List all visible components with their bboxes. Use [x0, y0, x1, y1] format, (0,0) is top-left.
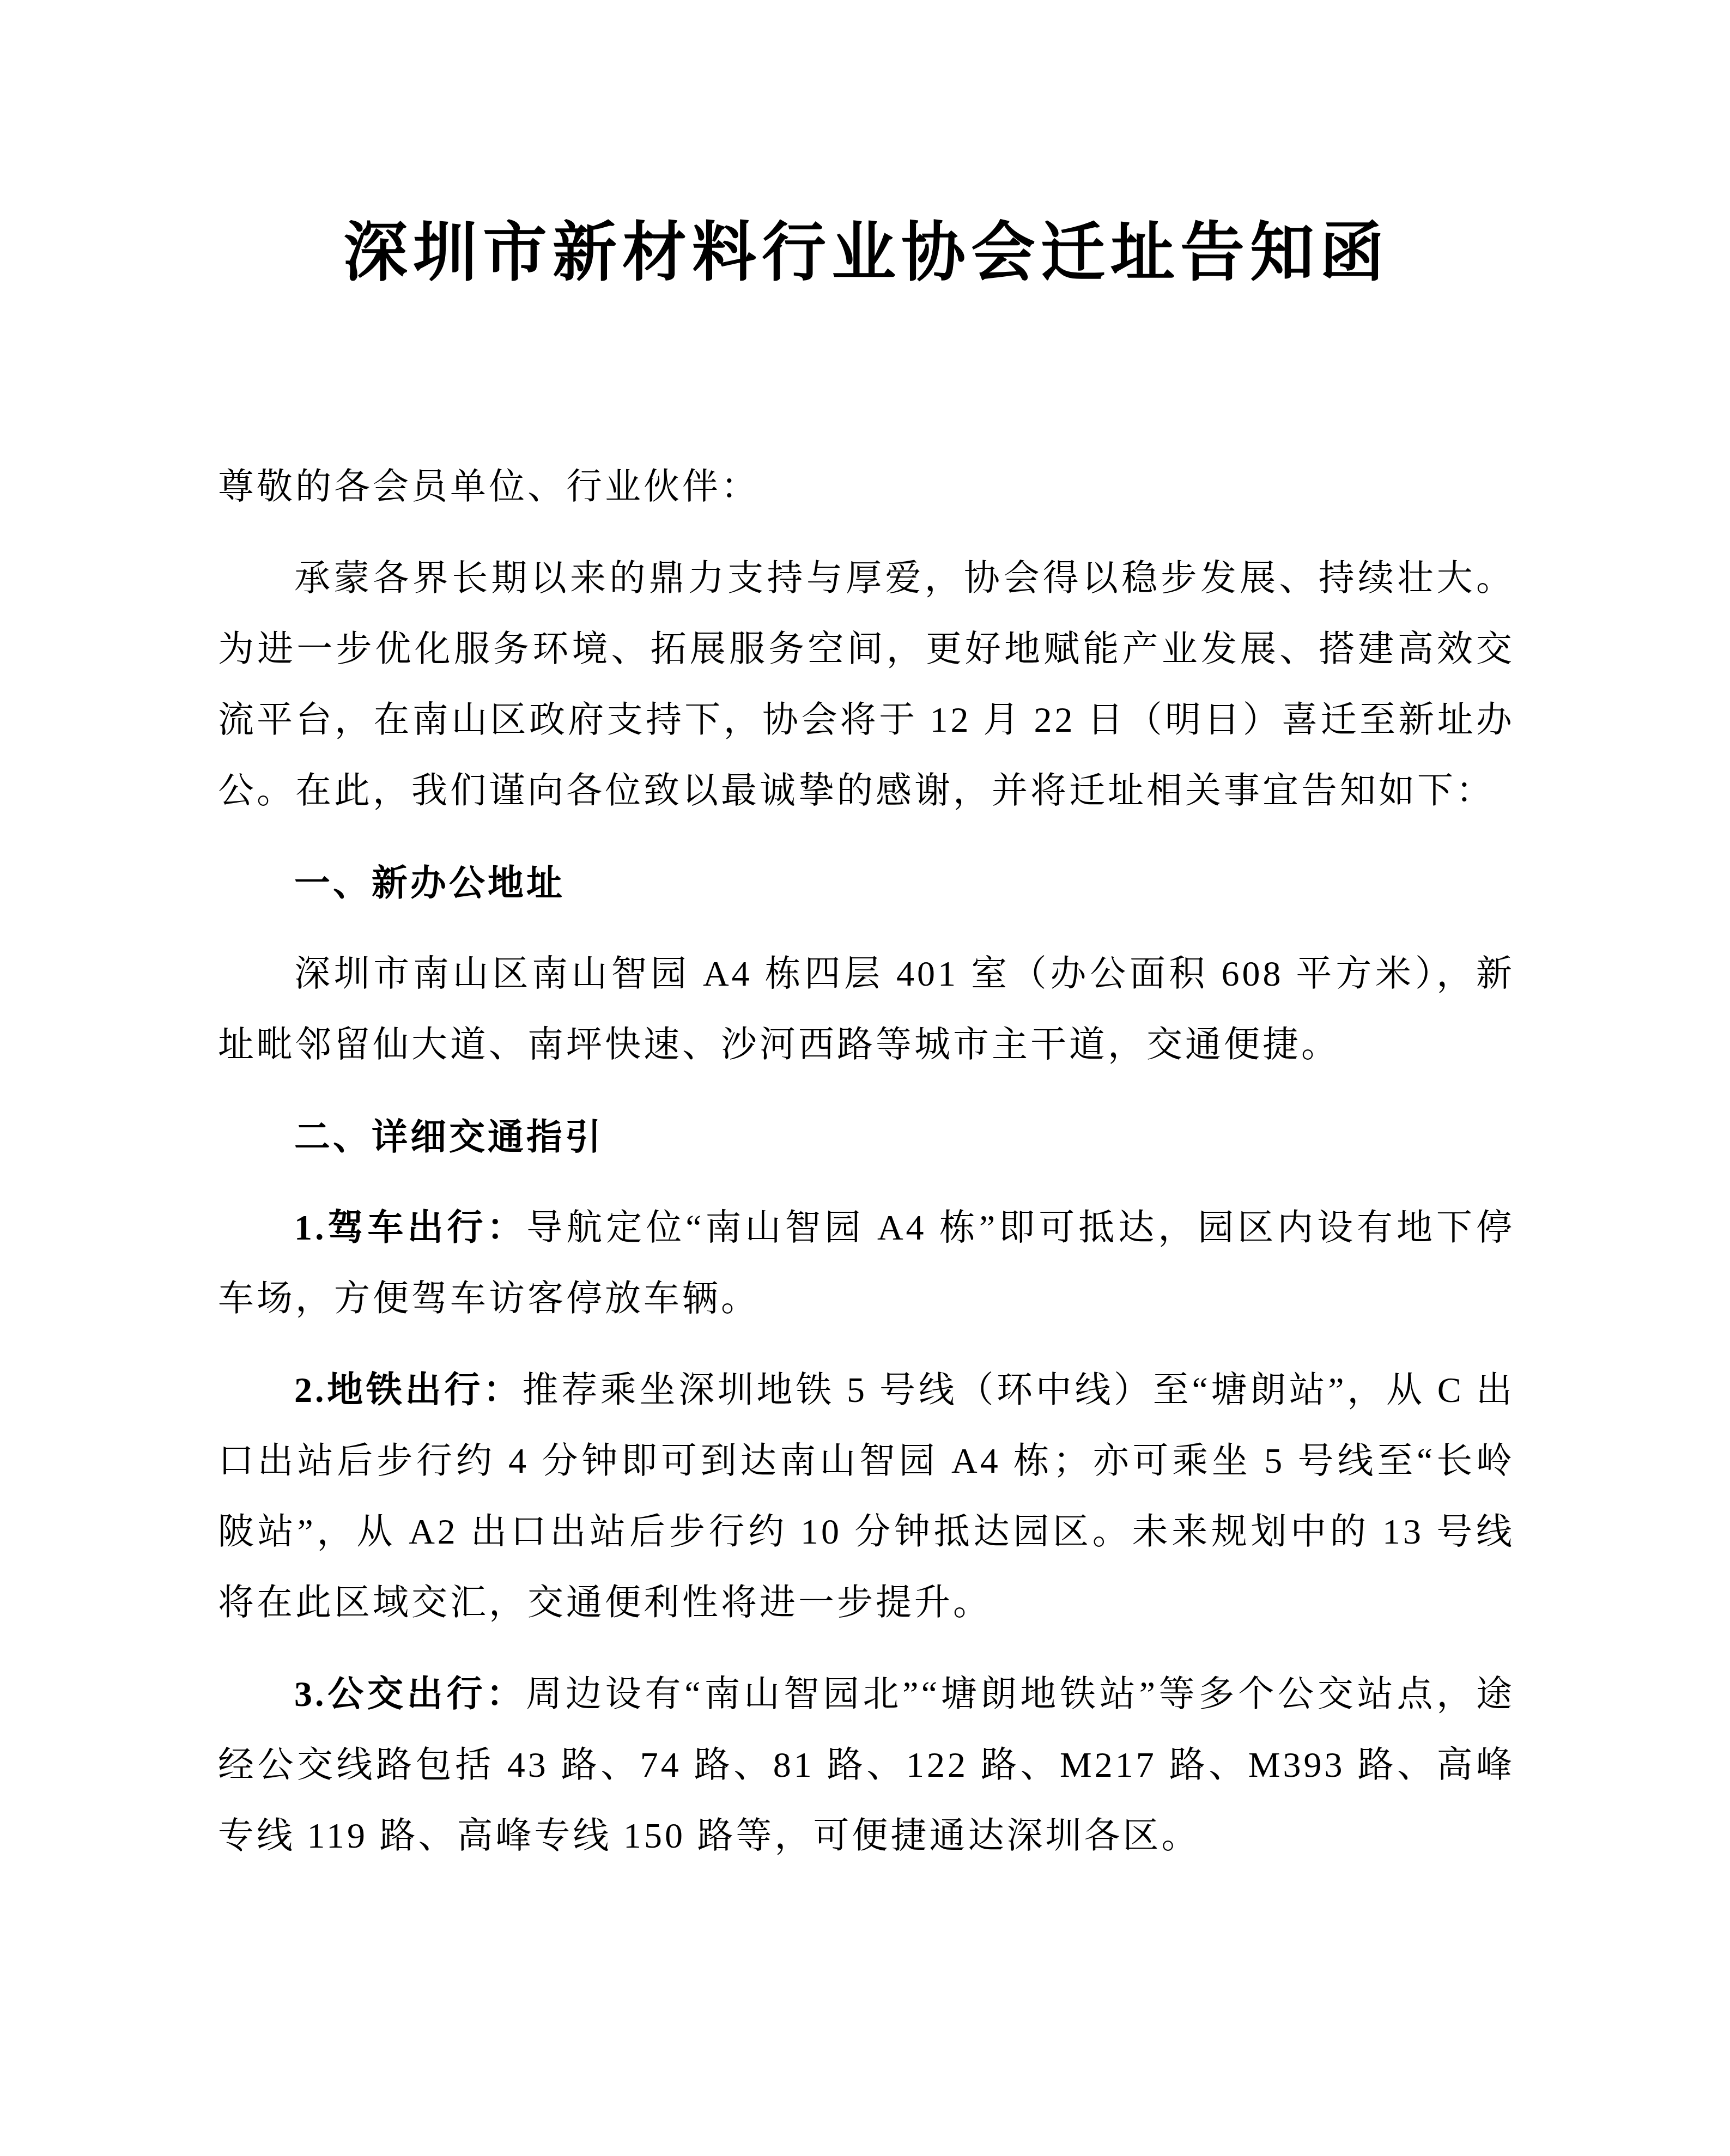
new-address-paragraph: 深圳市南山区南山智园 A4 栋四层 401 室（办公面积 608 平方米），新址…: [218, 939, 1515, 1080]
document-title: 深圳市新材料行业协会迁址告知函: [218, 212, 1515, 294]
driving-directions-paragraph: 1.驾车出行：导航定位“南山智园 A4 栋”即可抵达，园区内设有地下停车场，方便…: [218, 1193, 1515, 1334]
metro-directions-label: 2.地铁出行：: [294, 1370, 522, 1410]
bus-directions-paragraph: 3.公交出行：周边设有“南山智园北”“塘朗地铁站”等多个公交站点，途经公交线路包…: [218, 1659, 1515, 1872]
salutation-line: 尊敬的各会员单位、行业伙伴：: [218, 452, 1515, 523]
section-heading-traffic-guide: 二、详细交通指引: [218, 1101, 1515, 1172]
intro-paragraph: 承蒙各界长期以来的鼎力支持与厚爱，协会得以稳步发展、持续壮大。为进一步优化服务环…: [218, 543, 1515, 827]
driving-directions-label: 1.驾车出行：: [294, 1208, 526, 1248]
section-heading-new-address: 一、新办公地址: [218, 847, 1515, 918]
bus-directions-label: 3.公交出行：: [294, 1674, 526, 1714]
metro-directions-paragraph: 2.地铁出行：推荐乘坐深圳地铁 5 号线（环中线）至“塘朗站”，从 C 出口出站…: [218, 1355, 1515, 1638]
document-page: 深圳市新材料行业协会迁址告知函 尊敬的各会员单位、行业伙伴： 承蒙各界长期以来的…: [0, 0, 1730, 2156]
